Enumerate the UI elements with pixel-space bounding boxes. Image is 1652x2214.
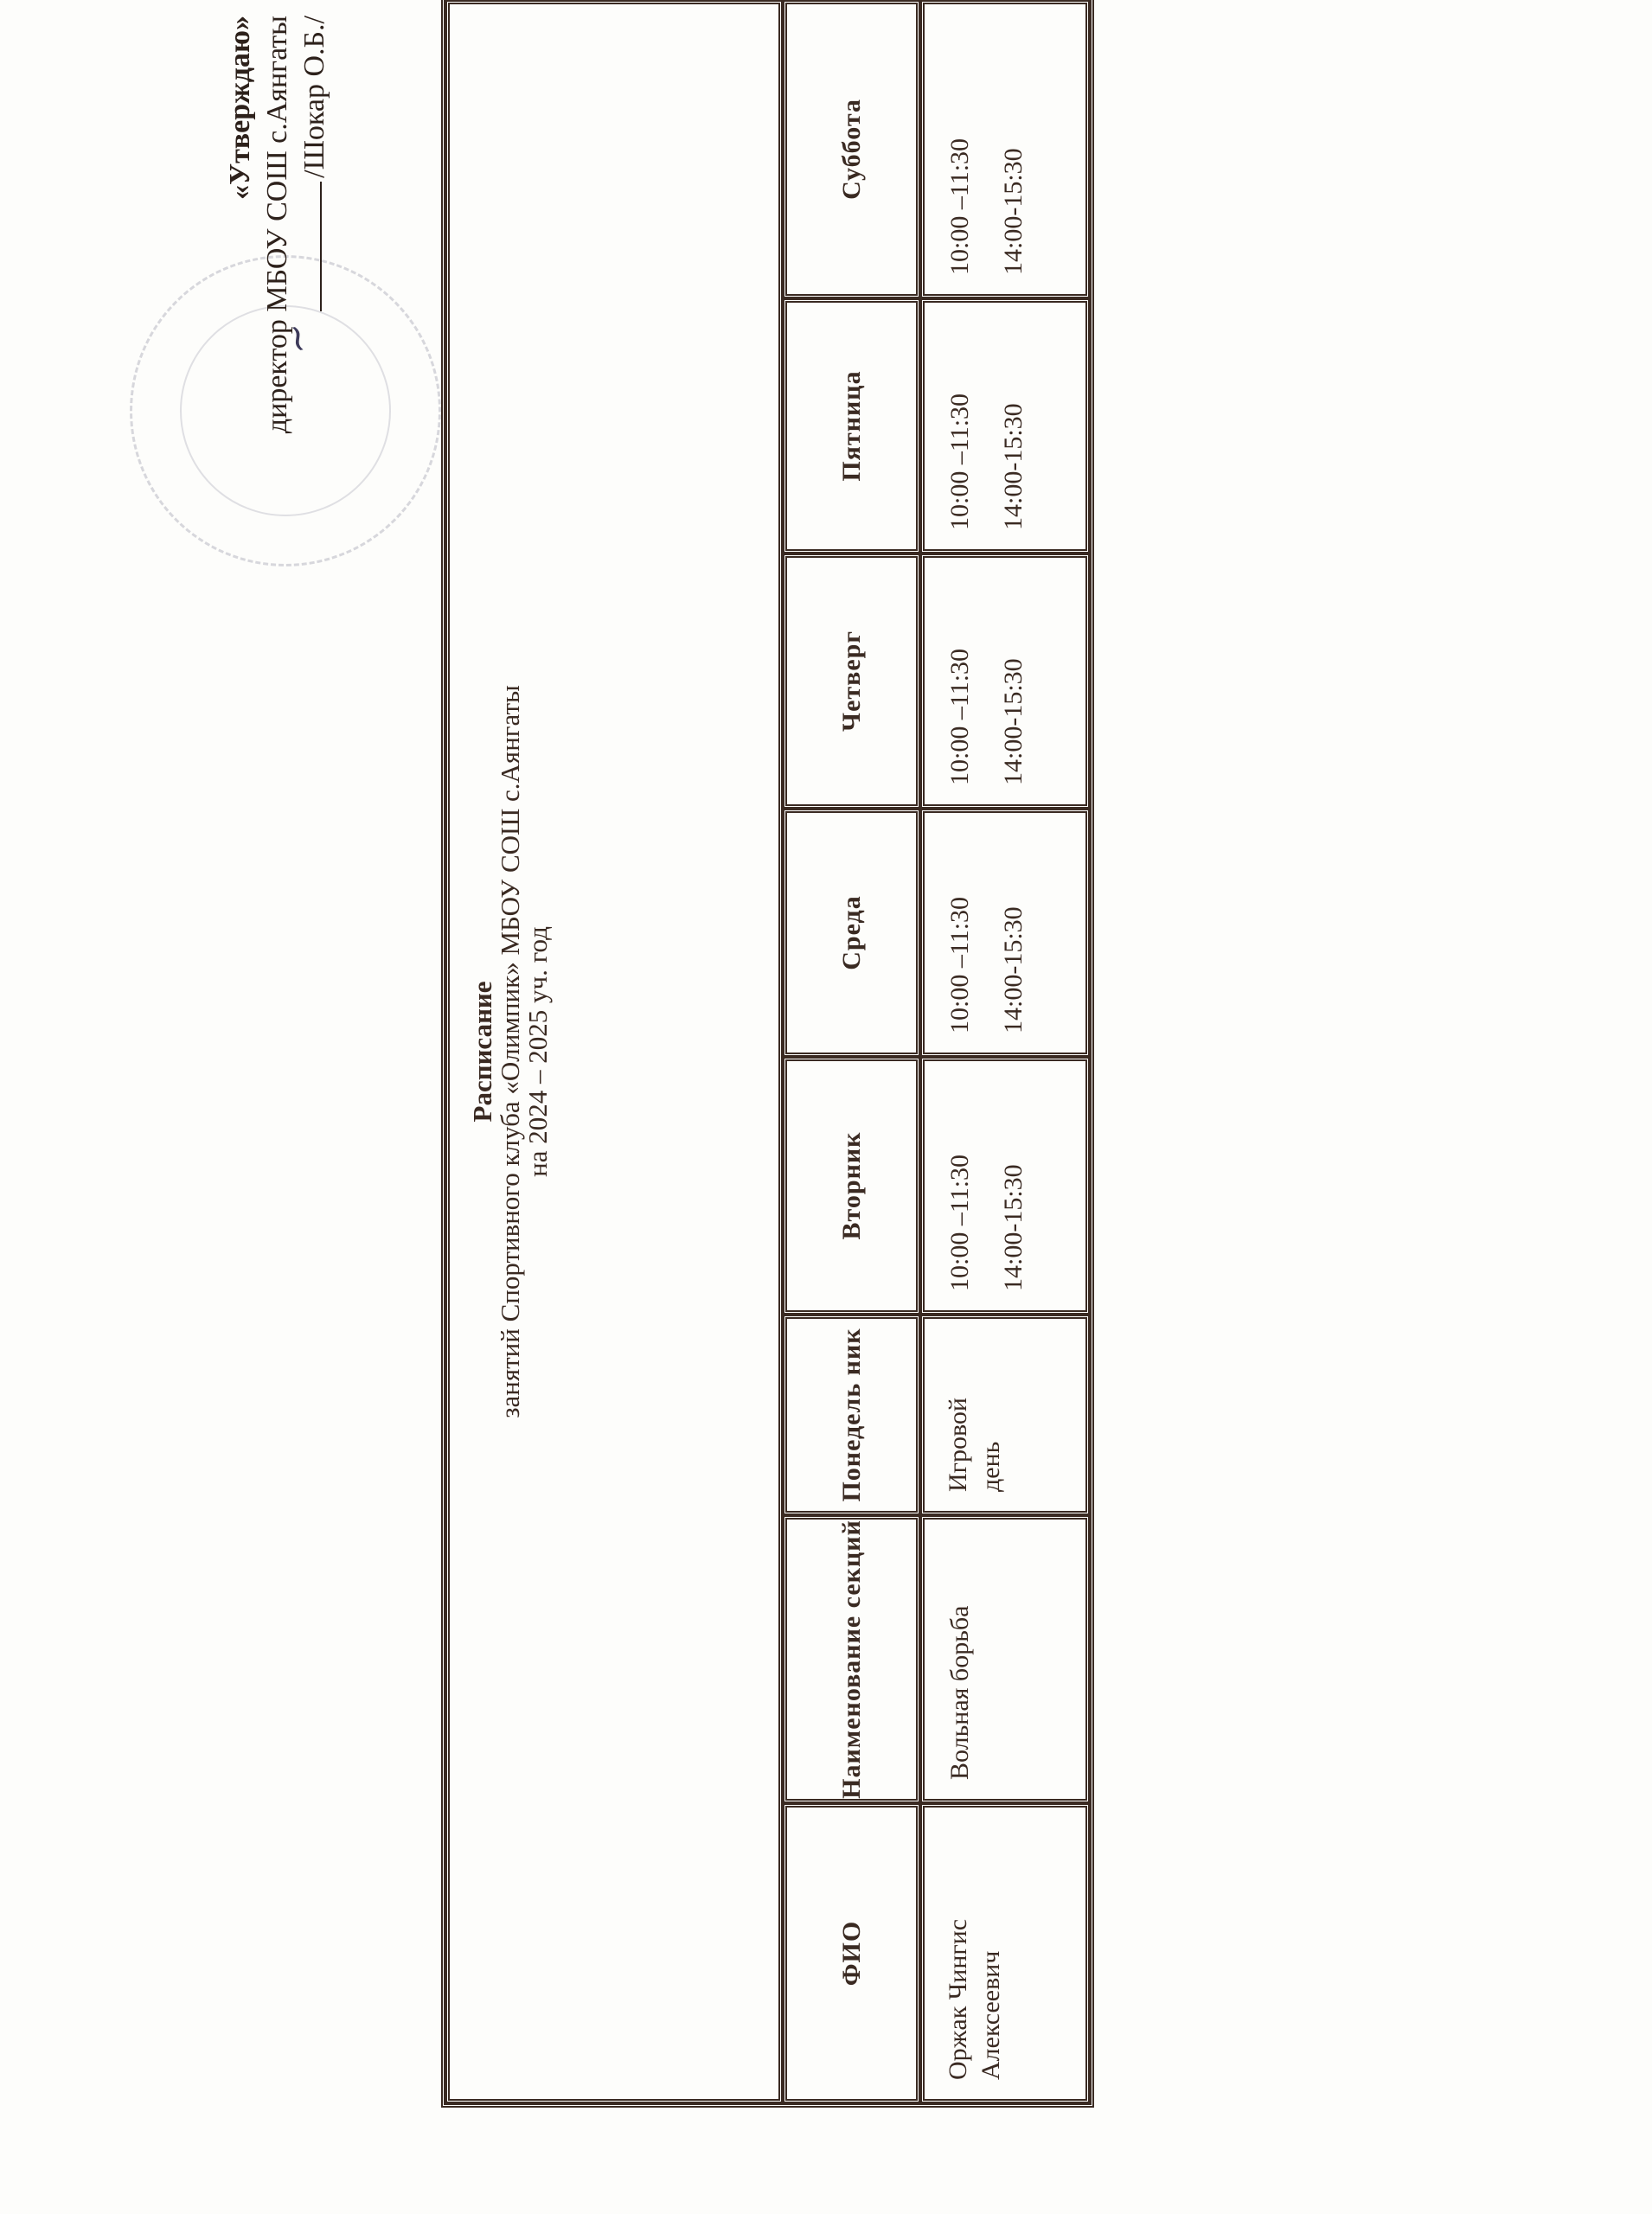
saturday-slot-2: 14:00-15:30 [987,4,1041,275]
approval-signature-line: /Шокар О.Б./ [296,16,333,433]
schedule-table: Расписание занятий Спортивного клуба «Ол… [441,0,1094,2108]
title-row: Расписание занятий Спортивного клуба «Ол… [445,0,783,2103]
approval-signature-name: /Шокар О.Б./ [298,16,330,178]
document-subtitle: занятий Спортивного клуба «Олимпик» МБОУ… [496,4,524,2099]
friday-slot-1: 10:00 –11:30 [933,303,987,530]
approval-block: «Утверждаю» директор МБОУ СОШ с.Аянгаты … [221,16,333,433]
approval-position: директор МБОУ СОШ с.Аянгаты [259,16,296,433]
wednesday-slot-1: 10:00 –11:30 [933,813,987,1033]
document-period: на 2024 – 2025 уч. год [524,4,552,2099]
tuesday-slot-1: 10:00 –11:30 [933,1061,987,1291]
friday-slot-2: 14:00-15:30 [987,303,1041,530]
cell-section: Вольная борьба [920,1515,1090,1803]
document-page: ~ «Утверждаю» директор МБОУ СОШ с.Аянгат… [0,0,1652,2214]
monday-line-1: Игровой [942,1319,975,1492]
cell-wednesday: 10:00 –11:30 14:00-15:30 [920,809,1090,1057]
header-monday: Понедель ник [783,1315,920,1515]
approval-title: «Утверждаю» [221,16,259,433]
title-cell: Расписание занятий Спортивного клуба «Ол… [445,0,783,2103]
tuesday-slot-2: 14:00-15:30 [987,1061,1041,1291]
table-row: Оржак Чингис Алексеевич Вольная борьба И… [920,0,1090,2103]
header-section: Наименование секций [783,1515,920,1803]
document-title: Расписание [469,4,496,2099]
cell-tuesday: 10:00 –11:30 14:00-15:30 [920,1057,1090,1315]
cell-friday: 10:00 –11:30 14:00-15:30 [920,298,1090,553]
cell-fio: Оржак Чингис Алексеевич [920,1803,1090,2103]
signature-underline [320,182,322,311]
thursday-slot-1: 10:00 –11:30 [933,558,987,785]
thursday-slot-2: 14:00-15:30 [987,558,1041,785]
wednesday-slot-2: 14:00-15:30 [987,813,1041,1033]
header-tuesday: Вторник [783,1057,920,1315]
header-fio: ФИО [783,1803,920,2103]
fio-line-1: Оржак Чингис [942,1808,975,2080]
header-friday: Пятница [783,298,920,553]
cell-thursday: 10:00 –11:30 14:00-15:30 [920,553,1090,809]
header-thursday: Четверг [783,553,920,809]
header-wednesday: Среда [783,809,920,1057]
header-row: ФИО Наименование секций Понедель ник Вто… [783,0,920,2103]
monday-line-2: день [975,1319,1008,1492]
cell-monday: Игровой день [920,1315,1090,1515]
cell-saturday: 10:00 –11:30 14:00-15:30 [920,0,1090,298]
saturday-slot-1: 10:00 –11:30 [933,4,987,275]
section-name: Вольная борьба [933,1520,987,1780]
fio-line-2: Алексеевич [975,1808,1008,2080]
header-saturday: Суббота [783,0,920,298]
